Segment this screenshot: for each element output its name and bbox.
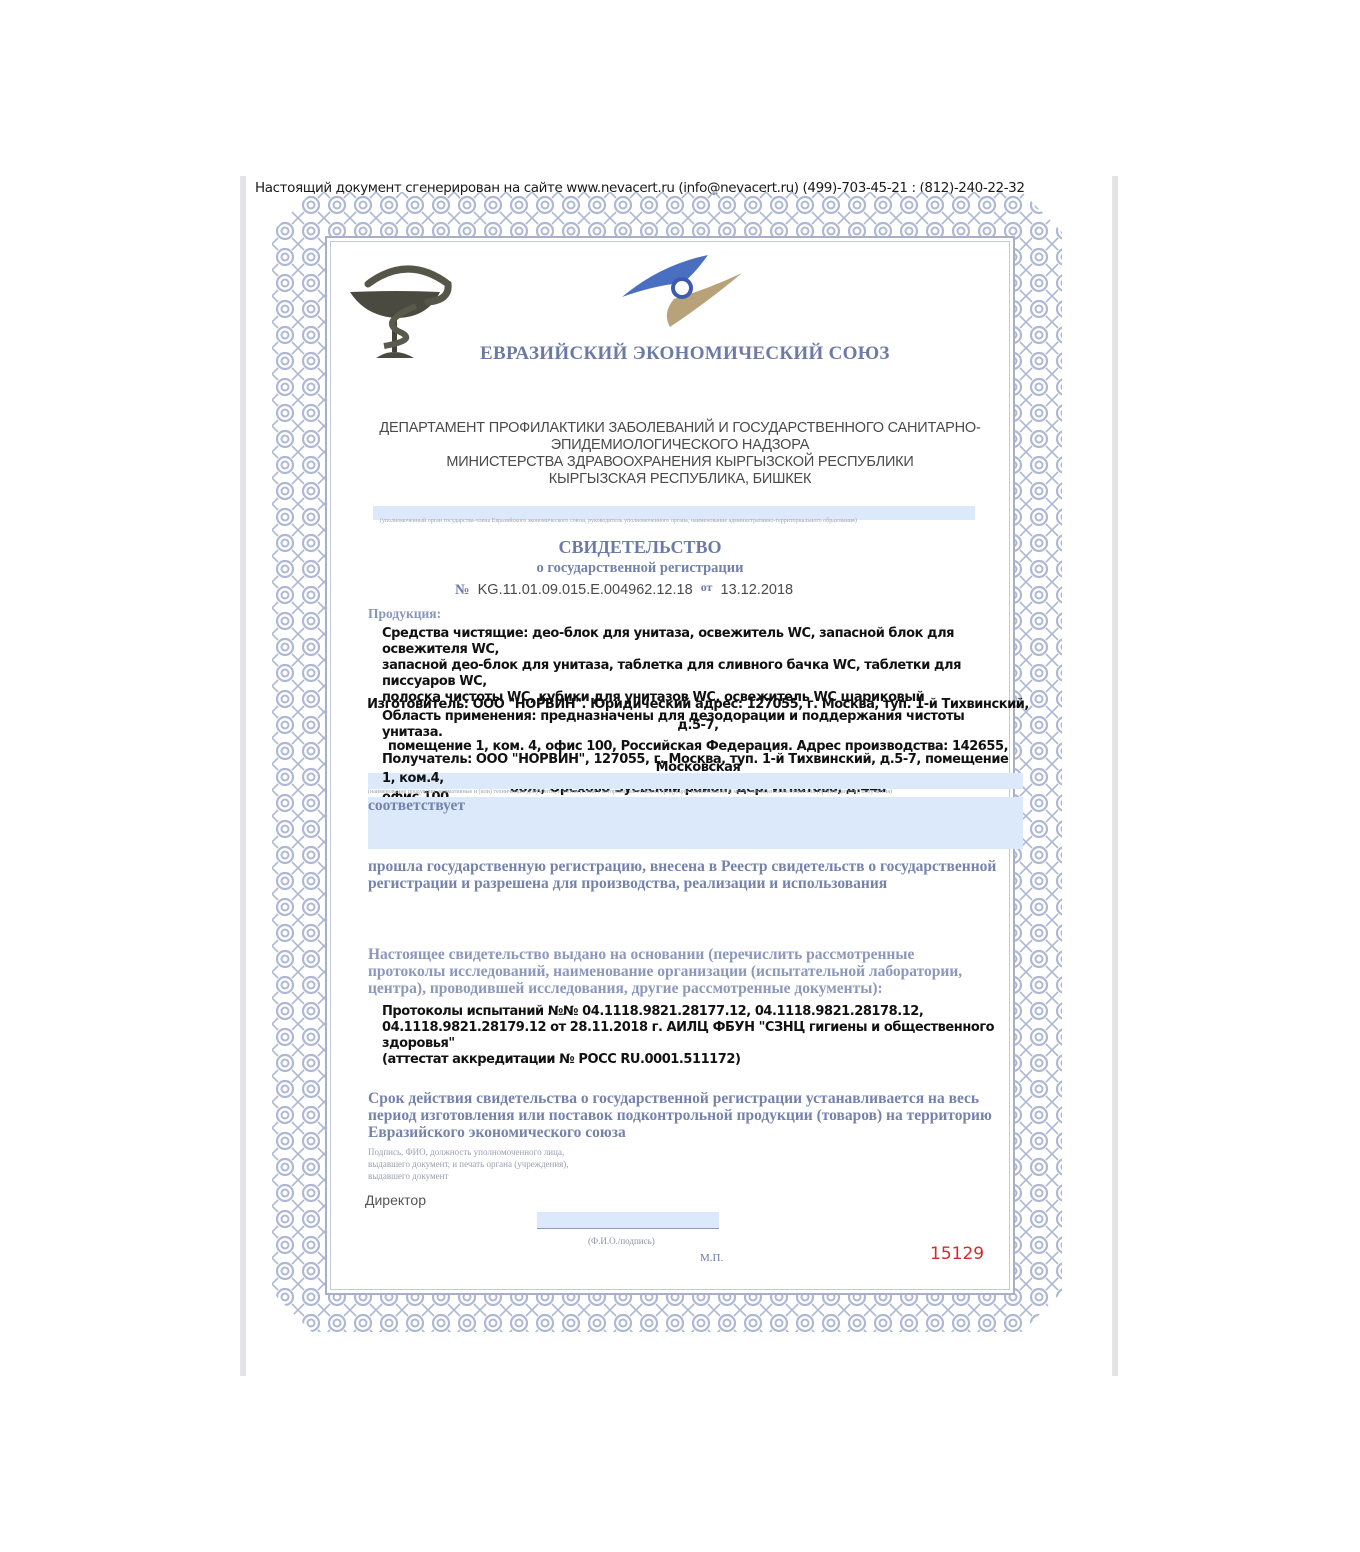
number-label: № — [455, 582, 470, 598]
signature-field — [537, 1212, 719, 1229]
manufacturer-line: Изготовитель: ООО "НОРВИН". Юридический … — [362, 694, 1034, 736]
complies-label: соответствует — [368, 797, 465, 814]
department-line: КЫРГЫЗСКАЯ РЕСПУБЛИКА, БИШКЕК — [340, 471, 1020, 488]
recipient-line: Получатель: ООО "НОРВИН", 127055, г. Мос… — [382, 750, 1022, 788]
protocol-line: 04.1118.9821.28179.12 от 28.11.2018 г. А… — [382, 1020, 1032, 1052]
complies-field-highlight — [368, 797, 1023, 849]
certificate-title: СВИДЕТЕЛЬСТВО — [440, 537, 840, 558]
registration-line: прошла государственную регистрацию, внес… — [368, 858, 1038, 875]
product-line: Средства чистящие: део-блок для унитаза,… — [382, 626, 1022, 658]
basis-heading-line: протоколы исследований, наименование орг… — [368, 963, 1038, 980]
form-number: 15129 — [930, 1244, 984, 1264]
basis-heading-line: Настоящее свидетельство выдано на основа… — [368, 946, 1038, 963]
eurasian-economic-union-emblem-icon — [620, 255, 745, 330]
validity-text: Срок действия свидетельства о государств… — [368, 1090, 1038, 1141]
product-label: Продукция: — [368, 606, 441, 622]
product-caption: (наименование продукции, нормативные и (… — [368, 789, 892, 795]
validity-line: Евразийского экономического союза — [368, 1124, 1038, 1141]
certificate-subtitle: о государственной регистрации — [440, 560, 840, 577]
basis-heading: Настоящее свидетельство выдано на основа… — [368, 946, 1038, 997]
certificate-number: KG.11.01.09.015.E.004962.12.18 — [478, 582, 693, 598]
validity-line: Срок действия свидетельства о государств… — [368, 1090, 1038, 1107]
registration-line: регистрации и разрешена для производства… — [368, 875, 1038, 892]
certificate-date: 13.12.2018 — [721, 582, 794, 598]
page-edge-left — [240, 176, 246, 1376]
stamp-label: М.П. — [700, 1252, 723, 1264]
signature-caption-line: Подпись, ФИО, должность уполномоченного … — [368, 1146, 569, 1158]
authority-caption: (уполномоченный орган государства-члена … — [380, 518, 857, 524]
product-line: запасной део-блок для унитаза, таблетка … — [382, 658, 1022, 690]
department-line: ЭПИДЕМИОЛОГИЧЕСКОГО НАДЗОРА — [340, 437, 1020, 454]
protocol-line: Протоколы испытаний №№ 04.1118.9821.2817… — [382, 1004, 1032, 1020]
protocols-text: Протоколы испытаний №№ 04.1118.9821.2817… — [382, 1004, 1032, 1068]
page-edge-right — [1112, 176, 1118, 1376]
union-title: ЕВРАЗИЙСКИЙ ЭКОНОМИЧЕСКИЙ СОЮЗ — [480, 343, 890, 365]
signer-position: Директор — [365, 1192, 426, 1208]
registration-text: прошла государственную регистрацию, внес… — [368, 858, 1038, 892]
signature-caption-line: выдавшего документ — [368, 1170, 569, 1182]
signature-caption: Подпись, ФИО, должность уполномоченного … — [368, 1146, 569, 1182]
name-caption: (Ф.И.О./подпись) — [588, 1236, 655, 1246]
signature-caption-line: выдавшего документ, и печать органа (учр… — [368, 1158, 569, 1170]
bowl-of-hygieia-icon — [348, 262, 453, 362]
basis-heading-line: центра), проводившей исследования, други… — [368, 980, 1038, 997]
department-header: ДЕПАРТАМЕНТ ПРОФИЛАКТИКИ ЗАБОЛЕВАНИЙ И Г… — [340, 420, 1020, 488]
protocol-line: (аттестат аккредитации № РОСС RU.0001.51… — [382, 1052, 1032, 1068]
department-line: МИНИСТЕРСТВА ЗДРАВООХРАНЕНИЯ КЫРГЫЗСКОЙ … — [340, 454, 1020, 471]
certificate-number-line: № KG.11.01.09.015.E.004962.12.18 от 13.1… — [455, 580, 793, 599]
department-line: ДЕПАРТАМЕНТ ПРОФИЛАКТИКИ ЗАБОЛЕВАНИЙ И Г… — [340, 420, 1020, 437]
validity-line: период изготовления или поставок подконт… — [368, 1107, 1038, 1124]
date-label: от — [701, 580, 713, 594]
